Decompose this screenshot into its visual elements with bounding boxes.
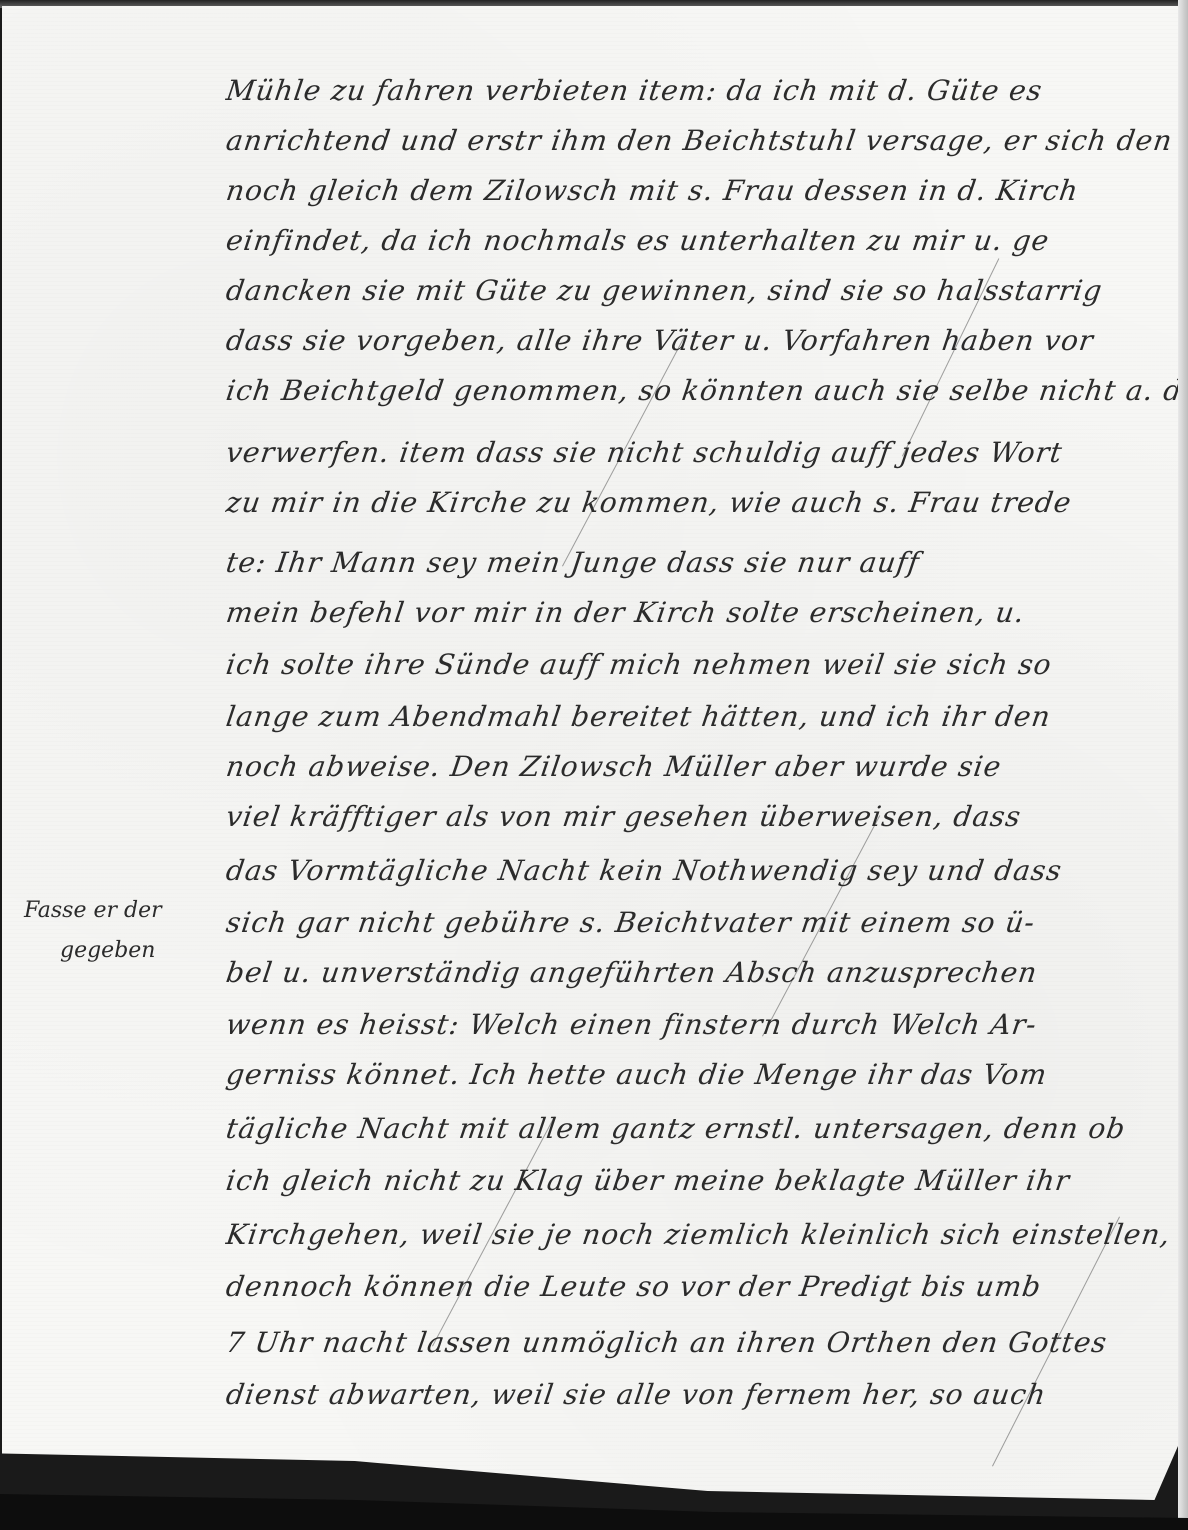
text-line: verwerfen. item dass sie nicht schuldig … bbox=[224, 436, 1188, 469]
text-line: dass sie vorgeben, alle ihre Väter u. Vo… bbox=[224, 324, 1188, 357]
text-line: bel u. unverständig angeführten Absch an… bbox=[224, 956, 1188, 989]
text-line: ich gleich nicht zu Klag über meine bekl… bbox=[224, 1164, 1188, 1197]
text-line: sich gar nicht gebühre s. Beichtvater mi… bbox=[224, 906, 1188, 939]
text-line: tägliche Nacht mit allem gantz ernstl. u… bbox=[224, 1112, 1188, 1145]
text-line: dancken sie mit Güte zu gewinnen, sind s… bbox=[224, 274, 1188, 307]
text-line: wenn es heisst: Welch einen finstern dur… bbox=[224, 1008, 1188, 1041]
text-line: lange zum Abendmahl bereitet hätten, und… bbox=[224, 700, 1188, 733]
text-line: einfindet, da ich nochmals es unterhalte… bbox=[224, 224, 1188, 257]
text-line: te: Ihr Mann sey mein Junge dass sie nur… bbox=[224, 546, 1188, 579]
text-line: zu mir in die Kirche zu kommen, wie auch… bbox=[224, 486, 1188, 519]
text-line: Kirchgehen, weil sie je noch ziemlich kl… bbox=[224, 1218, 1188, 1251]
manuscript-page: Fasse er der gegeben Mühle zu fahren ver… bbox=[2, 6, 1178, 1506]
text-line: Mühle zu fahren verbieten item: da ich m… bbox=[224, 74, 1188, 107]
text-line: viel kräfftiger als von mir gesehen über… bbox=[224, 800, 1188, 833]
text-line: noch gleich dem Zilowsch mit s. Frau des… bbox=[224, 174, 1188, 207]
page-right-edge bbox=[1178, 0, 1188, 1530]
text-line: ich solte ihre Sünde auff mich nehmen we… bbox=[224, 648, 1188, 681]
text-line: 7 Uhr nacht lassen unmöglich an ihren Or… bbox=[224, 1326, 1188, 1359]
text-line: noch abweise. Den Zilowsch Müller aber w… bbox=[224, 750, 1188, 783]
text-line: dienst abwarten, weil sie alle von ferne… bbox=[224, 1378, 1188, 1411]
margin-note-line: gegeben bbox=[60, 938, 250, 963]
text-line: gerniss könnet. Ich hette auch die Menge… bbox=[224, 1058, 1188, 1091]
text-line: ich Beichtgeld genommen, so könnten auch… bbox=[224, 374, 1188, 407]
text-line: das Vormtägliche Nacht kein Nothwendig s… bbox=[224, 854, 1188, 887]
margin-note-line: Fasse er der bbox=[24, 898, 214, 923]
text-line: mein befehl vor mir in der Kirch solte e… bbox=[224, 596, 1188, 629]
text-line: dennoch können die Leute so vor der Pred… bbox=[224, 1270, 1188, 1303]
text-line: anrichtend und erstr ihm den Beichtstuhl… bbox=[224, 124, 1188, 157]
